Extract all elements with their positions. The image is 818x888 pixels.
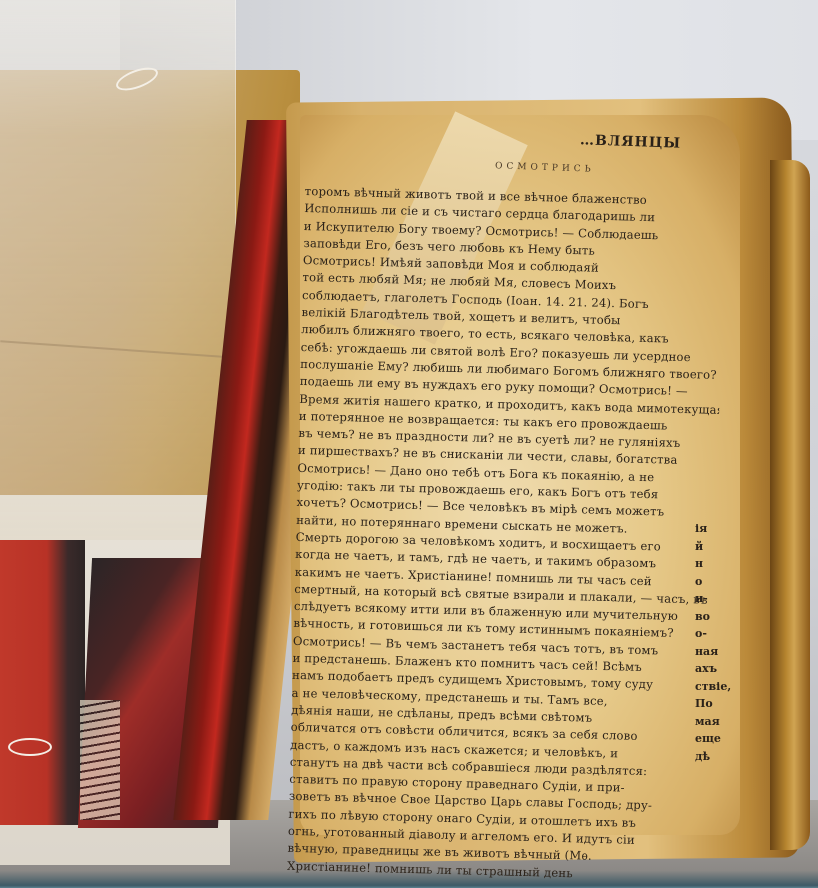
icon-scroll-text — [80, 700, 120, 820]
margin-fragment: ія — [695, 520, 725, 538]
margin-fragment: По — [695, 695, 725, 713]
icon-image-red-robe — [0, 540, 85, 825]
sewing-thread-knot — [8, 738, 52, 756]
margin-fragment: во — [695, 608, 725, 626]
margin-fragment: ахъ — [695, 660, 725, 678]
margin-fragment: ствіе, — [695, 678, 725, 696]
margin-fragment: н — [695, 555, 725, 573]
margin-fragment: ная — [695, 643, 725, 661]
adjacent-page-fragments: іяйнои-воо-наяахъствіе,Помаяещедѣ — [695, 520, 725, 765]
page-text-block: торомъ вѣчный животъ твой и все вѣчное б… — [287, 183, 725, 886]
margin-fragment: дѣ — [695, 748, 725, 766]
margin-fragment: мая — [695, 713, 725, 731]
margin-fragment: еще — [695, 730, 725, 748]
margin-fragment: о — [695, 573, 725, 591]
margin-fragment: и- — [695, 590, 725, 608]
margin-fragment: о- — [695, 625, 725, 643]
page-fore-edge — [770, 160, 810, 850]
margin-fragment: й — [695, 538, 725, 556]
